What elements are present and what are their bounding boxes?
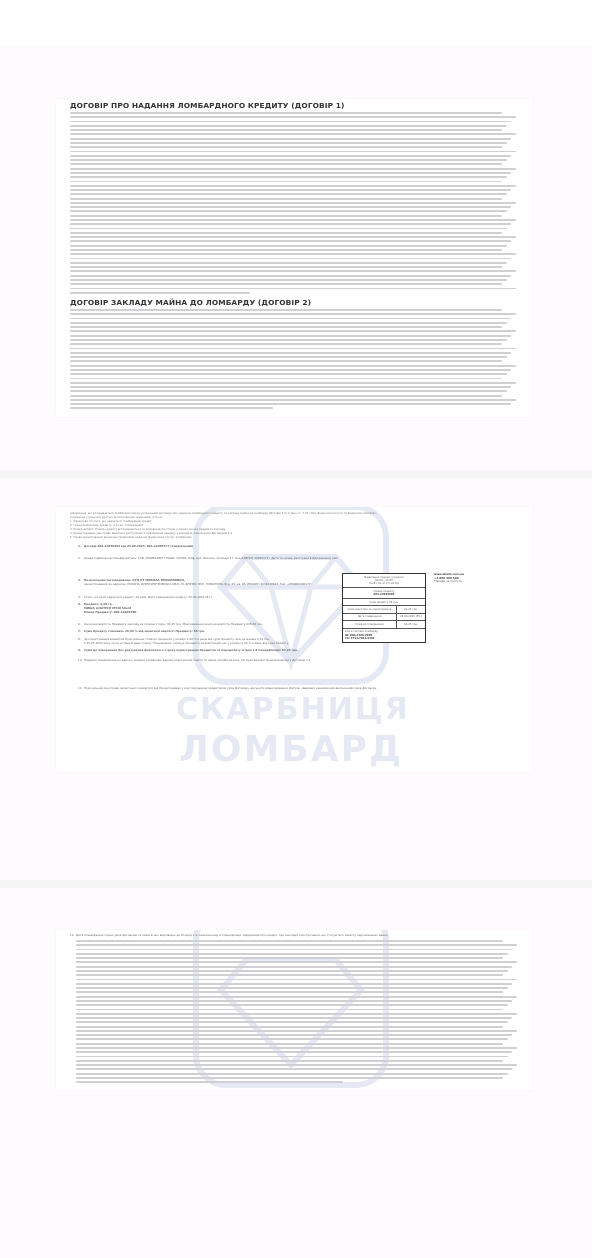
text-line	[70, 249, 502, 251]
summary-row-label: Сума відсотків за користування	[343, 606, 397, 612]
text-line	[76, 1073, 508, 1075]
text-line	[76, 1026, 503, 1028]
text-line	[70, 343, 502, 345]
credit-number: 003-22030983	[344, 593, 424, 596]
text-line	[70, 112, 502, 114]
credit-amount-cell: Сума кредиту 58 грн.	[343, 599, 425, 606]
text-line	[70, 382, 516, 384]
contract-item: зареєстрований за адресою: УКРАЇНА, ДНІП…	[78, 583, 312, 587]
text-line	[70, 206, 511, 208]
id-line-2: CS: 2713-7661-9481	[345, 637, 423, 641]
document-page-1: ДОГОВІР ПРО НАДАННЯ ЛОМБАРДНОГО КРЕДИТУ …	[56, 99, 532, 417]
contract-item: 10.Надання повідомлень на адресу, номери…	[78, 659, 311, 663]
text-line	[70, 172, 511, 174]
text-line	[70, 185, 516, 187]
text-line	[76, 961, 517, 963]
schedule-cell: Відділення працює у режимі 09:00 - 19:00…	[343, 574, 425, 588]
item-text: Сума до повернення без урахування фактич…	[84, 649, 298, 652]
text-line	[70, 390, 507, 392]
item-text: Сума Кредиту становить 29,99 % від оціно…	[84, 630, 205, 633]
page-separator	[0, 880, 592, 888]
contract-item: Номер Предмету: 890-31003590.	[78, 611, 137, 615]
text-line	[70, 159, 507, 161]
text-line	[76, 1060, 503, 1062]
text-line	[70, 236, 516, 238]
text-line	[76, 979, 517, 981]
item-text: Дата Специфікації згідно умов Договорів …	[76, 934, 389, 937]
agreement-1-title: ДОГОВІР ПРО НАДАННЯ ЛОМБАРДНОГО КРЕДИТУ …	[70, 101, 345, 110]
agreement-2-title: ДОГОВІР ЗАКЛАДУ МАЙНА ДО ЛОМБАРДУ (ДОГОВ…	[70, 298, 311, 307]
contacts-block: www.skarb.com.ua +3 800 500 500 Тарифи з…	[434, 573, 464, 584]
text-line	[70, 356, 507, 358]
text-line	[70, 116, 516, 118]
text-line	[70, 176, 507, 178]
text-line	[70, 322, 507, 324]
text-line	[70, 202, 516, 204]
text-line	[76, 966, 512, 968]
text-line	[70, 270, 516, 272]
text-line	[70, 348, 516, 350]
text-line	[70, 189, 511, 191]
watermark-line-2: ЛОМБАРД	[176, 729, 406, 770]
text-line	[76, 1021, 508, 1023]
item-text: З 25.05.2023 року та на останній день ст…	[84, 642, 289, 645]
text-line	[76, 974, 503, 976]
text-line	[70, 352, 511, 354]
text-line	[76, 987, 508, 989]
item-text: Позичальник/заставодавець: КУЛ ОТ МИКОЛА…	[84, 579, 185, 582]
text-line	[70, 253, 516, 255]
agreement-1-body	[70, 112, 520, 296]
text-line	[70, 378, 502, 380]
contract-item: 7.Сума Кредиту становить 29,99 % від оці…	[78, 630, 205, 634]
ids-cell: Код в системі ломбарду ID: 890-3100-2968…	[343, 629, 425, 643]
text-line	[76, 953, 508, 955]
item-text: Договір 003-22030983 від 25.05.2023, 003…	[84, 545, 193, 548]
text-line	[70, 215, 502, 217]
text-line	[76, 970, 508, 972]
text-line	[76, 983, 512, 985]
item-text: Оціночна вартість Предмету закладу за зг…	[84, 623, 263, 626]
contract-item: 11.Позичальник має право зворотнього вим…	[78, 687, 377, 691]
item-text: зареєстрований за адресою: УКРАЇНА, ДНІП…	[84, 583, 312, 586]
credit-summary-box: Відділення працює у режимі 09:00 - 19:00…	[342, 573, 426, 643]
text-line	[70, 223, 511, 225]
text-line	[70, 193, 507, 195]
watermark-line-1: СКАРБНИЦЯ	[176, 692, 406, 727]
viewer-top-area	[0, 0, 592, 46]
text-line	[70, 219, 516, 221]
text-line	[70, 240, 511, 242]
summary-row-value: 21,25 грн.	[397, 606, 425, 612]
document-page-3: 12.Дата Специфікації згідно умов Договор…	[56, 930, 532, 1090]
contract-item: 6.Оціночна вартість Предмету закладу за …	[78, 623, 263, 627]
text-line	[70, 163, 502, 165]
text-line	[76, 1038, 508, 1040]
text-line	[76, 1047, 517, 1049]
text-line	[70, 309, 502, 311]
contract-item: 1.Договір 003-22030983 від 25.05.2023, 0…	[78, 545, 193, 549]
text-line	[70, 232, 502, 234]
text-line	[70, 326, 502, 328]
item-text: МИША LOGITECH M330 Silent	[84, 607, 131, 610]
text-line	[70, 288, 516, 290]
text-line	[70, 373, 507, 375]
text-line	[76, 1043, 503, 1045]
tariffs-note: Тарифи за послуги	[434, 580, 464, 584]
text-line	[70, 262, 507, 264]
text-line	[70, 155, 511, 157]
summary-row-value: 24.06.2023 (Вт.)	[397, 614, 425, 620]
text-line	[76, 1004, 508, 1006]
text-line	[70, 181, 502, 183]
contract-item: З 25.05.2023 року та на останній день ст…	[78, 642, 289, 646]
text-line	[70, 266, 502, 268]
text-line	[70, 318, 511, 320]
text-line	[70, 125, 507, 127]
item-12: 12.Дата Специфікації згідно умов Договор…	[70, 934, 389, 938]
text-line	[70, 138, 511, 140]
text-line	[70, 258, 511, 260]
text-line	[76, 1081, 343, 1083]
summary-row: Сума до повернення64,25 грн.	[343, 621, 425, 628]
summary-row: Дата повернення24.06.2023 (Вт.)	[343, 614, 425, 621]
text-line	[70, 330, 516, 332]
text-line	[70, 292, 250, 294]
item-text: Позичальник має право зворотнього вимага…	[84, 687, 377, 690]
contract-item: 2.Кредитодавець/заставодержатель: ТОВ «Л…	[78, 557, 338, 561]
text-line	[70, 151, 516, 153]
text-line	[70, 403, 511, 405]
text-line	[76, 957, 503, 959]
summary-row-value: 64,25 грн.	[397, 621, 425, 627]
text-line	[70, 168, 516, 170]
text-line	[70, 146, 502, 148]
text-line	[70, 369, 511, 371]
text-line	[76, 1030, 517, 1032]
text-line	[70, 210, 507, 212]
text-line	[70, 275, 511, 277]
text-line	[76, 1068, 512, 1070]
text-line	[70, 360, 502, 362]
summary-row-label: Дата повернення	[343, 614, 397, 620]
page-3-body	[76, 940, 521, 1086]
item-text: Надання повідомлень на адресу, номери те…	[84, 659, 311, 662]
schedule-days: Пн-Вт-Ср-Чт-Пт-Сб-Нд	[344, 582, 424, 585]
text-line	[76, 991, 503, 993]
text-line	[76, 996, 517, 998]
text-line	[76, 1077, 503, 1079]
text-line	[76, 1009, 503, 1011]
agreement-2-body	[70, 309, 520, 412]
summary-row: Сума відсотків за користування21,25 грн.	[343, 606, 425, 613]
text-line	[70, 198, 502, 200]
text-line	[70, 365, 516, 367]
text-line	[70, 395, 502, 397]
text-line	[76, 1056, 508, 1058]
contract-item: 4.Строк, на який надається кредит: 29 дн…	[78, 596, 212, 600]
text-line	[70, 245, 507, 247]
text-line	[70, 283, 502, 285]
text-line	[76, 1064, 517, 1066]
text-line	[76, 944, 517, 946]
text-line	[70, 133, 516, 135]
text-line	[70, 228, 507, 230]
text-line	[76, 1034, 512, 1036]
text-line	[70, 279, 507, 281]
document-page-2: СКАРБНИЦЯ ЛОМБАРД Інформація, що розкрив…	[56, 507, 532, 772]
item-text: Кредитодавець/заставодержатель: ТОВ «ЛОМ…	[84, 557, 338, 560]
text-line	[70, 121, 511, 123]
text-line	[76, 1013, 517, 1015]
text-line	[76, 949, 512, 951]
intro-item: 5. Умови кредитування визначені правилам…	[70, 536, 192, 540]
text-line	[76, 1051, 512, 1053]
text-line	[76, 940, 503, 942]
text-line	[76, 1000, 512, 1002]
text-line	[70, 399, 516, 401]
text-line	[70, 339, 507, 341]
item-text: Предмет: 0,00 гр.	[84, 603, 113, 606]
item-text: Номер Предмету: 890-31003590.	[84, 611, 137, 614]
credit-number-cell: Номер кредиту 003-22030983	[343, 588, 425, 599]
text-line	[70, 407, 273, 409]
text-line	[70, 335, 511, 337]
summary-row-label: Сума до повернення	[343, 621, 397, 627]
text-line	[76, 1017, 512, 1019]
text-line	[70, 313, 516, 315]
text-line	[70, 386, 511, 388]
page-separator	[0, 470, 592, 478]
text-line	[70, 129, 502, 131]
item-text: Строк, на який надається кредит: 29 днів…	[84, 596, 212, 599]
text-line	[70, 142, 507, 144]
contract-item: 9.Сума до повернення без урахування факт…	[78, 649, 298, 653]
item-text: За користування кредитом Позичальник спл…	[84, 638, 270, 641]
